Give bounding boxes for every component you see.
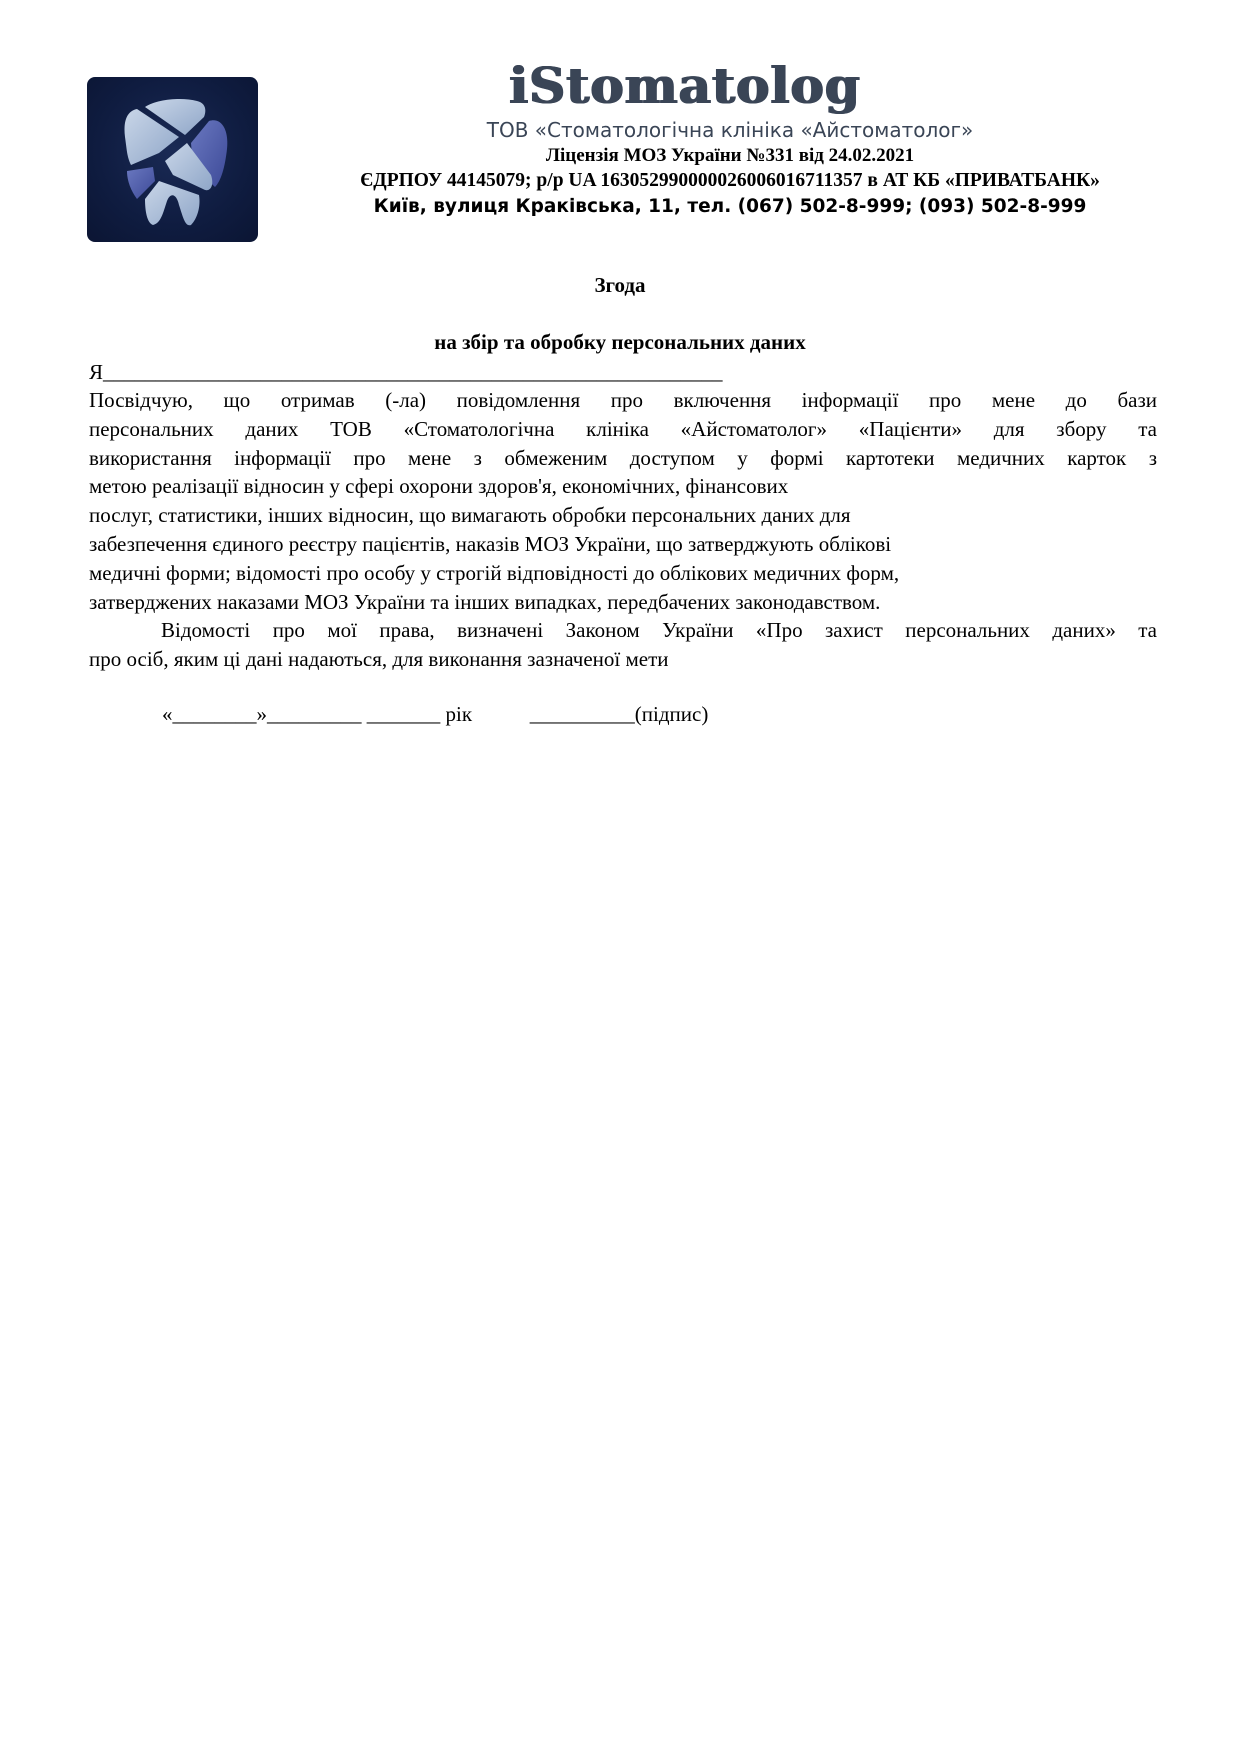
consent-paragraph: Посвідчую, що отримав (-ла) повідомлення… (89, 386, 1157, 616)
tooth-logo-icon (87, 77, 258, 242)
license-info: Ліцензія МОЗ України №331 від 24.02.2021 (300, 145, 1160, 167)
paragraph-line: медичні форми; відомості про особу у стр… (89, 559, 1157, 588)
paragraph-line: послуг, статистики, інших відносин, що в… (89, 501, 1157, 530)
name-fill-line: Я_______________________________________… (89, 358, 1157, 387)
clinic-address: Київ, вулиця Краківська, 11, тел. (067) … (300, 195, 1160, 219)
date-signature-line: «________»_________ _______ рік ________… (162, 700, 708, 728)
document-subtitle: на збір та обробку персональних даних (80, 329, 1160, 355)
paragraph-line: використання інформації про мене з обмеж… (89, 444, 1157, 473)
clinic-logo (87, 77, 258, 242)
paragraph-line: метою реалізації відносин у сфері охорон… (89, 472, 1157, 501)
company-name: ТОВ «Стоматологічна клініка «Айстоматоло… (300, 118, 1160, 142)
document-page: iStomatolog ТОВ «Стоматологічна клініка … (0, 0, 1241, 1755)
paragraph-line: затверджених наказами МОЗ України та інш… (89, 588, 1157, 617)
paragraph-line: забезпечення єдиного реєстру пацієнтів, … (89, 530, 1157, 559)
brand-name: iStomatolog (440, 58, 930, 114)
paragraph-line: про осіб, яким ці дані надаються, для ви… (89, 645, 1157, 674)
paragraph-line: персональних даних ТОВ «Стоматологічна к… (89, 415, 1157, 444)
bank-details: ЄДРПОУ 44145079; р/р UA 1630529900000260… (290, 169, 1170, 193)
rights-paragraph: Відомості про мої права, визначені Закон… (89, 616, 1157, 674)
paragraph-line: Посвідчую, що отримав (-ла) повідомлення… (89, 386, 1157, 415)
document-title: Згода (80, 272, 1160, 298)
paragraph-line: Відомості про мої права, визначені Закон… (89, 616, 1157, 645)
